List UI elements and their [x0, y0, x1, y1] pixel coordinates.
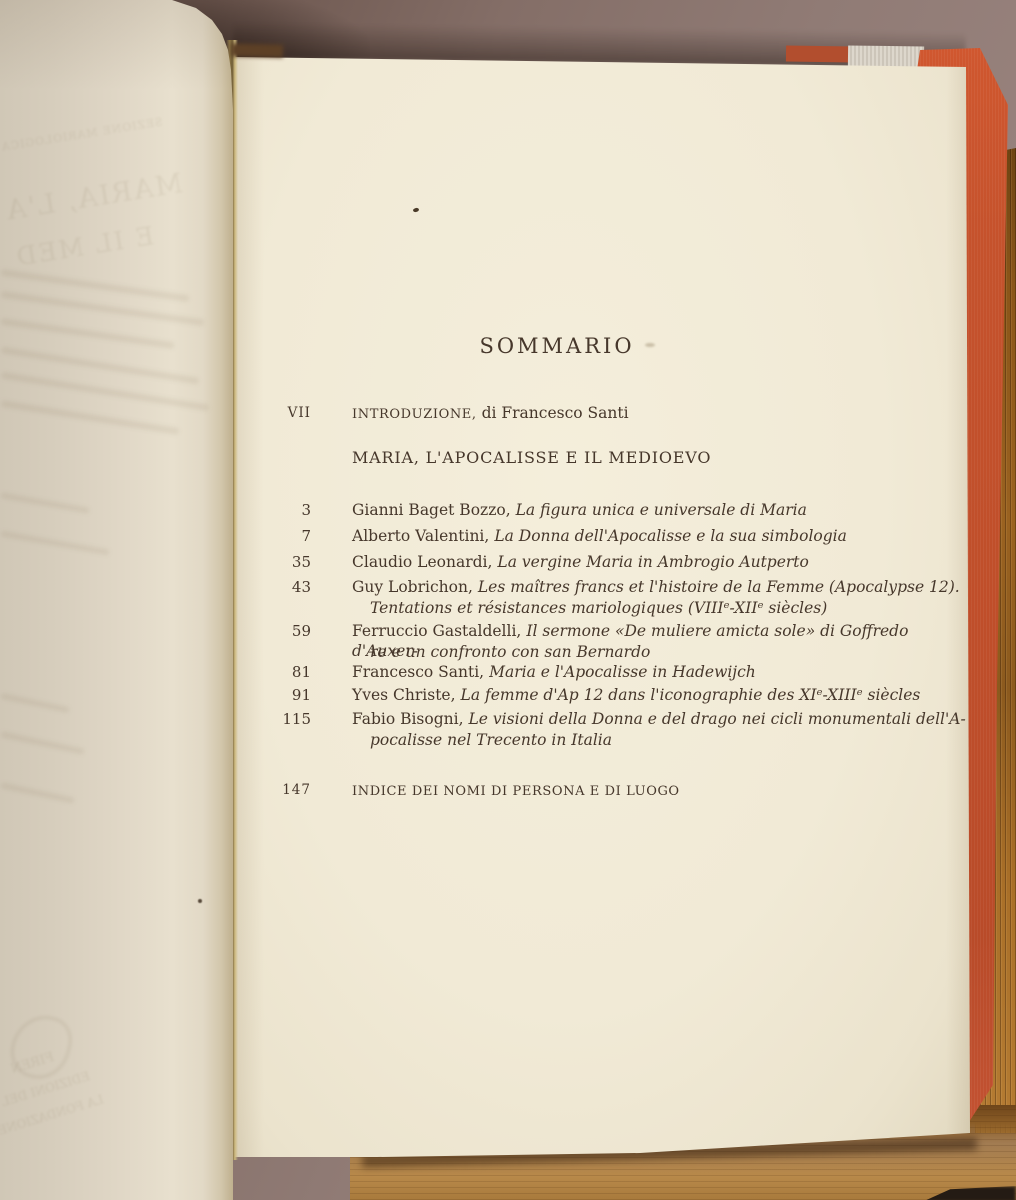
- toc-entry: 81 Francesco Santi,Maria e l'Apocalisse …: [0, 662, 1000, 684]
- toc-index-row: 147 INDICE DEI NOMI DI PERSONA E DI LUOG…: [0, 780, 1000, 802]
- toc-page-number: VII: [236, 403, 311, 423]
- toc-page-number: 35: [236, 552, 311, 572]
- toc-author: Alberto Valentini,: [352, 527, 494, 545]
- toc-title: La femme d'Ap 12 dans l'iconographie des…: [461, 686, 921, 704]
- toc-title: Le visioni della Donna e del drago nei c…: [469, 710, 966, 728]
- toc-entry: 115 Fabio Bisogni,Le visioni della Donna…: [0, 709, 1000, 731]
- toc-page-number: 91: [236, 685, 311, 705]
- page-block-edge-sliver: [848, 45, 924, 67]
- toc-entry: 43 Guy Lobrichon,Les maîtres francs et l…: [0, 577, 1000, 599]
- book-photo-scene: SOMMARIO VII INTRODUZIONE, di Francesco …: [0, 0, 1016, 1200]
- toc-entry: 35 Claudio Leonardi,La vergine Maria in …: [0, 552, 1000, 574]
- toc-entry: 91 Yves Christe,La femme d'Ap 12 dans l'…: [0, 685, 1000, 707]
- toc-title: La figura unica e universale di Maria: [516, 501, 807, 519]
- toc-title-continuation: Tentations et résistances mariologiques …: [370, 598, 970, 618]
- toc-page-number: 59: [236, 621, 311, 641]
- toc-intro-byline: di Francesco Santi: [482, 404, 629, 422]
- toc-title: Maria e l'Apocalisse in Hadewijch: [489, 663, 756, 681]
- page-title: SOMMARIO: [452, 334, 662, 358]
- toc-author: Ferruccio Gastaldelli,: [352, 622, 526, 640]
- section-heading: MARIA, L'APOCALISSE E IL MEDIOEVO: [352, 448, 711, 467]
- toc-entry: 7 Alberto Valentini,La Donna dell'Apocal…: [0, 526, 1000, 548]
- toc-author: Gianni Baget Bozzo,: [352, 501, 516, 519]
- ghost-text: SEZIONE MARIOLOGICA: [0, 115, 163, 153]
- toc-page-number: 147: [236, 780, 311, 800]
- toc-author: Francesco Santi,: [352, 663, 489, 681]
- back-cover-edge-sliver: [786, 46, 852, 63]
- toc-page-number: 3: [236, 500, 311, 520]
- toc-intro-label: INTRODUZIONE,: [352, 407, 477, 422]
- toc-title-continuation: re e un confronto con san Bernardo: [370, 642, 970, 662]
- toc-author: Fabio Bisogni,: [352, 710, 469, 728]
- paper-smudge: [645, 343, 655, 347]
- toc-page-number: 43: [236, 577, 311, 597]
- ghost-text: E IL MED: [13, 221, 156, 272]
- toc-index-label: INDICE DEI NOMI DI PERSONA E DI LUOGO: [352, 784, 680, 799]
- toc-title-continuation: pocalisse nel Trecento in Italia: [370, 730, 970, 750]
- left-page: SEZIONE MARIOLOGICA MARIA, L'A E IL MED …: [0, 0, 233, 1200]
- toc-entry: 59 Ferruccio Gastaldelli,Il sermone «De …: [0, 621, 1000, 643]
- ghost-line: [0, 318, 174, 349]
- spine-headband: [231, 43, 283, 57]
- ghost-text: MARIA, L'A: [3, 168, 185, 227]
- toc-title: La Donna dell'Apocalisse e la sua simbol…: [494, 527, 847, 545]
- toc-entry: 3 Gianni Baget Bozzo,La figura unica e u…: [0, 500, 1000, 522]
- toc-author: Guy Lobrichon,: [352, 578, 478, 596]
- paper-speck: [198, 899, 202, 903]
- toc-author: Claudio Leonardi,: [352, 553, 497, 571]
- toc-page-number: 7: [236, 526, 311, 546]
- toc-page-number: 115: [236, 709, 311, 729]
- ghost-line: [0, 731, 84, 755]
- toc-intro-row: VII INTRODUZIONE, di Francesco Santi: [0, 403, 1000, 425]
- toc-title: Les maîtres francs et l'histoire de la F…: [478, 578, 960, 596]
- toc-page-number: 81: [236, 662, 311, 682]
- toc-author: Yves Christe,: [352, 686, 461, 704]
- toc-title: La vergine Maria in Ambrogio Autperto: [497, 553, 808, 571]
